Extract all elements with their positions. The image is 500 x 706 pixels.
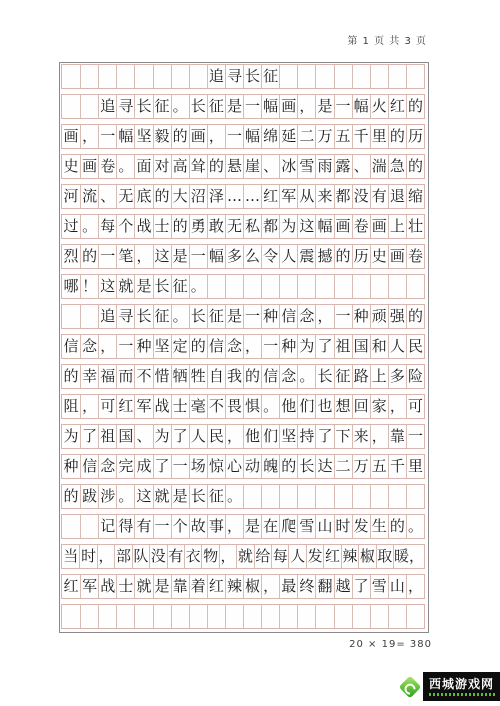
char-cell: 长 [189,95,207,118]
char-cell: 信 [80,455,98,478]
char-cell: 人 [388,335,406,358]
char-cell: 是 [243,515,261,538]
char-cell: 辣 [225,575,243,598]
char-cell: 了 [352,575,370,598]
char-cell [388,275,406,298]
grid-row-14: 的跋涉。这就是长征。 [61,484,425,509]
char-cell: 画 [370,215,388,238]
char-cell: 的 [189,335,207,358]
char-cell: 长 [134,95,152,118]
composition-grid-paper: 追寻长征追寻长征。长征是一幅画，是一幅火红的画，一幅坚毅的画，一幅绵延二万五千里… [59,62,429,633]
grid-row-4: 河流、无底的大沼泽……红军从来都没有退缩 [61,184,425,209]
char-cell: ， [243,335,261,358]
char-cell: 祖 [98,425,116,448]
char-cell: 达 [315,455,333,478]
char-cell [62,95,80,118]
char-cell: 时 [334,515,352,538]
char-cell: 种 [352,305,370,328]
char-cell: 跋 [80,485,98,508]
char-cell [116,65,134,88]
char-cell: 耸 [189,155,207,178]
char-cell: 上 [388,215,406,238]
char-cell [297,605,315,628]
char-cell [370,65,388,88]
grid-row-15: 记得有一个故事，是在爬雪山时发生的。 [61,514,425,539]
char-cell: 千 [388,455,406,478]
char-cell: 崖 [243,155,261,178]
char-cell: 河 [62,185,80,208]
char-cell: 没 [149,545,166,568]
char-cell: 无 [225,215,243,238]
char-cell: 为 [153,425,171,448]
grid-row-2: 画，一幅坚毅的画，一幅绵延二万五千里的历 [61,124,425,149]
site-name: 西城游戏网 [429,677,494,691]
char-cell [279,605,297,628]
site-logo-box: 西城游戏网 [423,672,500,701]
char-cell: 缩 [406,185,424,208]
char-cell [352,485,370,508]
char-cell: … [243,185,261,208]
grid-row-9: 信念，一种坚定的信念，一种为了祖国和人民 [61,334,425,359]
char-cell [388,65,406,88]
char-cell: 。 [80,215,98,238]
char-cell: 。 [171,305,189,328]
char-cell [388,485,406,508]
char-cell: 画 [279,95,297,118]
char-cell: 、 [98,185,116,208]
char-cell [297,65,315,88]
char-cell: 悬 [225,155,243,178]
char-cell: 他 [243,425,261,448]
char-cell [225,275,243,298]
char-cell: 画 [62,125,80,148]
char-cell [80,65,98,88]
grid-row-7: 哪！这就是长征。 [61,274,425,299]
char-cell: 的 [207,155,225,178]
char-cell: 。 [406,515,424,538]
char-cell: 。 [116,485,134,508]
char-cell: 不 [134,365,152,388]
char-cell: 长 [189,305,207,328]
char-cell: 长 [243,65,261,88]
char-cell [189,605,207,628]
char-cell: 红 [116,395,134,418]
char-cell: 了 [80,425,98,448]
char-cell [406,275,424,298]
char-cell: 得 [116,515,134,538]
char-cell: 的 [334,245,352,268]
char-cell [370,605,388,628]
char-cell: 这 [98,275,116,298]
char-cell: 事 [207,515,225,538]
char-cell: … [225,185,243,208]
grid-row-16: 当时，部队没有衣物，就给每人发红辣椒取暖， [61,544,425,569]
char-cell: 就 [236,545,253,568]
char-cell: 红 [388,95,406,118]
char-cell [334,65,352,88]
char-cell: 底 [134,185,152,208]
char-cell: 辣 [341,545,358,568]
char-cell: 湍 [370,155,388,178]
char-cell: 急 [388,155,406,178]
char-cell: 福 [98,365,116,388]
char-cell: 里 [370,125,388,148]
char-cell: 万 [315,125,333,148]
char-cell: 种 [261,305,279,328]
char-cell: 绵 [261,125,279,148]
char-cell: 画 [334,215,352,238]
char-cell: 五 [334,125,352,148]
logo-subtext [429,693,495,696]
char-cell: 畏 [225,395,243,418]
char-cell: 发 [306,545,323,568]
char-cell: 露 [334,155,352,178]
char-cell: 我 [225,365,243,388]
char-cell: 史 [62,155,80,178]
char-cell [406,485,424,508]
char-cell [315,275,333,298]
site-logo[interactable]: 西城游戏网 [402,672,500,701]
char-cell: 幅 [352,95,370,118]
char-cell: 路 [352,365,370,388]
char-cell: 有 [370,185,388,208]
char-cell: 回 [352,395,370,418]
char-cell: 了 [171,425,189,448]
char-cell [334,605,352,628]
char-cell: 沼 [189,185,207,208]
char-cell: 士 [116,575,134,598]
char-cell: 士 [153,215,171,238]
grid-row-10: 的幸福而不惜牺牲自我的信念。长征路上多险 [61,364,425,389]
char-cell: 翻 [315,575,333,598]
char-cell: 幅 [243,125,261,148]
grid-row-12: 为了祖国、为了人民，他们坚持了下来，靠一 [61,424,425,449]
char-cell: 火 [370,95,388,118]
char-cell: 每 [271,545,288,568]
char-cell: 无 [116,185,134,208]
char-cell: 卷 [352,215,370,238]
char-cell: 的 [406,95,424,118]
char-cell: 有 [167,545,184,568]
char-cell: 祖 [334,335,352,358]
char-cell: 二 [297,125,315,148]
char-cell: 取 [376,545,393,568]
char-cell: 征 [207,305,225,328]
char-cell: 可 [406,395,424,418]
char-cell: 延 [279,125,297,148]
char-cell: 一 [406,425,424,448]
char-cell: 终 [297,575,315,598]
char-cell: ， [315,305,333,328]
char-cell [297,485,315,508]
char-cell: 每 [98,215,116,238]
char-cell: 是 [153,575,171,598]
char-cell: 一 [98,125,116,148]
char-cell: 么 [243,245,261,268]
char-cell: 追 [207,65,225,88]
char-cell [243,275,261,298]
char-cell: ， [134,245,152,268]
char-cell [370,275,388,298]
char-cell: 险 [406,365,424,388]
char-cell [134,605,152,628]
char-cell: 。 [189,275,207,298]
char-cell [352,605,370,628]
char-cell: 一 [261,335,279,358]
grid-row-11: 阻，可红军战士毫不畏惧。他们也想回家，可 [61,394,425,419]
char-cell [388,605,406,628]
char-cell: 。 [261,395,279,418]
char-cell: ！ [80,275,98,298]
char-cell: 壮 [406,215,424,238]
char-cell [225,605,243,628]
char-cell: 红 [207,575,225,598]
char-cell [279,65,297,88]
char-cell: 征 [334,365,352,388]
char-cell [261,275,279,298]
char-cell: 幅 [261,95,279,118]
char-cell: 一 [243,95,261,118]
char-cell [315,65,333,88]
char-cell: 征 [153,95,171,118]
grid-row-18 [61,604,425,629]
char-cell: 为 [62,425,80,448]
char-cell: 的 [62,365,80,388]
char-cell: 物 [201,545,218,568]
char-cell: 这 [153,245,171,268]
char-cell [80,305,98,328]
char-cell: 、 [352,155,370,178]
char-cell: 一 [334,305,352,328]
char-cell: 画 [80,155,98,178]
char-cell: 一 [98,245,116,268]
char-cell: 们 [297,395,315,418]
char-cell: 个 [116,215,134,238]
char-cell: 在 [261,515,279,538]
char-cell: 也 [315,395,333,418]
char-cell [352,275,370,298]
char-cell: 的 [243,365,261,388]
char-cell: 里 [406,455,424,478]
char-cell: 征 [261,65,279,88]
char-cell [80,95,98,118]
char-cell: 们 [261,425,279,448]
char-cell: ， [219,545,236,568]
char-cell [153,605,171,628]
char-cell: 泽 [207,185,225,208]
char-cell: 这 [134,485,152,508]
char-cell: 是 [134,275,152,298]
char-cell: 雪 [370,575,388,598]
char-cell: 人 [288,545,305,568]
char-cell: 多 [388,365,406,388]
char-cell: 寻 [116,305,134,328]
char-cell: 长 [153,275,171,298]
char-cell: 一 [189,245,207,268]
char-cell: 靠 [171,575,189,598]
char-cell: 完 [116,455,134,478]
char-cell: 雨 [315,155,333,178]
char-cell: 为 [297,335,315,358]
char-cell: 信 [62,335,80,358]
char-cell: 信 [279,305,297,328]
char-cell: 面 [134,155,152,178]
char-cell: 战 [98,575,116,598]
char-cell: 是 [171,245,189,268]
char-cell: 追 [98,305,116,328]
char-cell: 、 [261,155,279,178]
char-cell: 历 [352,245,370,268]
char-cell: 军 [134,395,152,418]
char-cell: ， [370,425,388,448]
char-cell: 是 [225,305,243,328]
char-cell: 念 [225,335,243,358]
char-cell [62,605,80,628]
char-cell: 卷 [406,245,424,268]
char-cell: ， [297,95,315,118]
char-cell: 追 [98,95,116,118]
char-cell: 撼 [315,245,333,268]
char-cell [207,605,225,628]
char-cell: 。 [116,155,134,178]
char-cell: 士 [171,395,189,418]
char-cell: 种 [279,335,297,358]
char-cell: 。 [297,365,315,388]
char-cell: 。 [225,485,243,508]
char-cell: 给 [254,545,271,568]
char-cell: 卷 [98,155,116,178]
char-cell: 了 [153,455,171,478]
char-cell: 流 [80,185,98,208]
page-number-indicator: 第 1 页 共 3 页 [347,32,427,47]
char-cell: 而 [116,365,134,388]
char-cell: 是 [315,95,333,118]
char-cell: 可 [98,395,116,418]
grid-count-formula: 20 × 19= 380 [349,639,432,650]
char-cell [334,485,352,508]
char-cell: 越 [334,575,352,598]
char-cell: 的 [388,125,406,148]
char-cell: 长 [315,365,333,388]
grid-row-17: 红军战士就是靠着红辣椒，最终翻越了雪山， [61,574,425,599]
char-cell: 队 [132,545,149,568]
char-cell: ， [80,125,98,148]
char-cell [279,485,297,508]
char-cell: 震 [297,245,315,268]
char-cell: 魄 [261,455,279,478]
char-cell: 一 [243,305,261,328]
char-cell [334,275,352,298]
char-cell: 家 [370,395,388,418]
char-cell [261,485,279,508]
char-cell [62,65,80,88]
char-cell: 多 [225,245,243,268]
char-cell: 坚 [153,335,171,358]
char-cell: 坚 [279,425,297,448]
char-cell: 国 [352,335,370,358]
char-cell: 哪 [62,275,80,298]
char-cell [80,515,98,538]
char-cell: 史 [370,245,388,268]
char-cell: 了 [315,425,333,448]
char-cell: 他 [279,395,297,418]
char-cell [315,485,333,508]
char-cell: 高 [171,155,189,178]
char-cell: 对 [153,155,171,178]
char-cell: ， [207,125,225,148]
char-cell: 念 [80,335,98,358]
char-cell: 来 [352,425,370,448]
char-cell: 幸 [80,365,98,388]
char-cell: 长 [189,485,207,508]
green-leaf-diamond-icon [399,675,422,698]
char-cell: 历 [406,125,424,148]
char-cell: ， [98,335,116,358]
grid-row-8: 追寻长征。长征是一种信念，一种顽强的 [61,304,425,329]
char-cell [370,485,388,508]
char-cell: 惜 [153,365,171,388]
char-cell: 信 [207,335,225,358]
char-cell [62,305,80,328]
char-cell: 为 [279,215,297,238]
char-cell: 一 [153,515,171,538]
char-cell: 的 [388,515,406,538]
char-cell: 大 [171,185,189,208]
char-cell: 长 [134,305,152,328]
char-cell: 个 [171,515,189,538]
char-cell: ， [388,395,406,418]
char-cell: ， [80,395,98,418]
char-cell: 退 [388,185,406,208]
char-cell: 私 [243,215,261,238]
char-cell: ， [97,545,114,568]
char-cell: 过 [62,215,80,238]
char-cell: 烈 [62,245,80,268]
char-cell [207,275,225,298]
char-cell: 靠 [388,425,406,448]
char-cell: ， [261,575,279,598]
char-cell [98,605,116,628]
char-cell: 就 [134,575,152,598]
char-cell [243,605,261,628]
char-cell: 种 [62,455,80,478]
char-cell: 毫 [189,395,207,418]
char-cell: 来 [315,185,333,208]
char-cell: 人 [189,425,207,448]
char-cell: 涉 [98,485,116,508]
char-cell [153,65,171,88]
char-cell: 的 [80,245,98,268]
char-cell: 一 [171,455,189,478]
char-cell: 军 [279,185,297,208]
char-cell: 时 [79,545,96,568]
char-cell: 雪 [297,155,315,178]
char-cell [406,65,424,88]
char-cell: 坚 [134,125,152,148]
char-cell: 强 [388,305,406,328]
char-cell: 的 [406,155,424,178]
char-cell: 笔 [116,245,134,268]
char-cell: 幅 [315,215,333,238]
char-cell: 牲 [189,365,207,388]
char-cell: 念 [279,365,297,388]
char-cell: 和 [370,335,388,358]
char-cell: 的 [62,485,80,508]
char-cell: 椒 [358,545,375,568]
char-cell: 部 [114,545,131,568]
char-cell: 勇 [189,215,207,238]
char-cell: 持 [297,425,315,448]
